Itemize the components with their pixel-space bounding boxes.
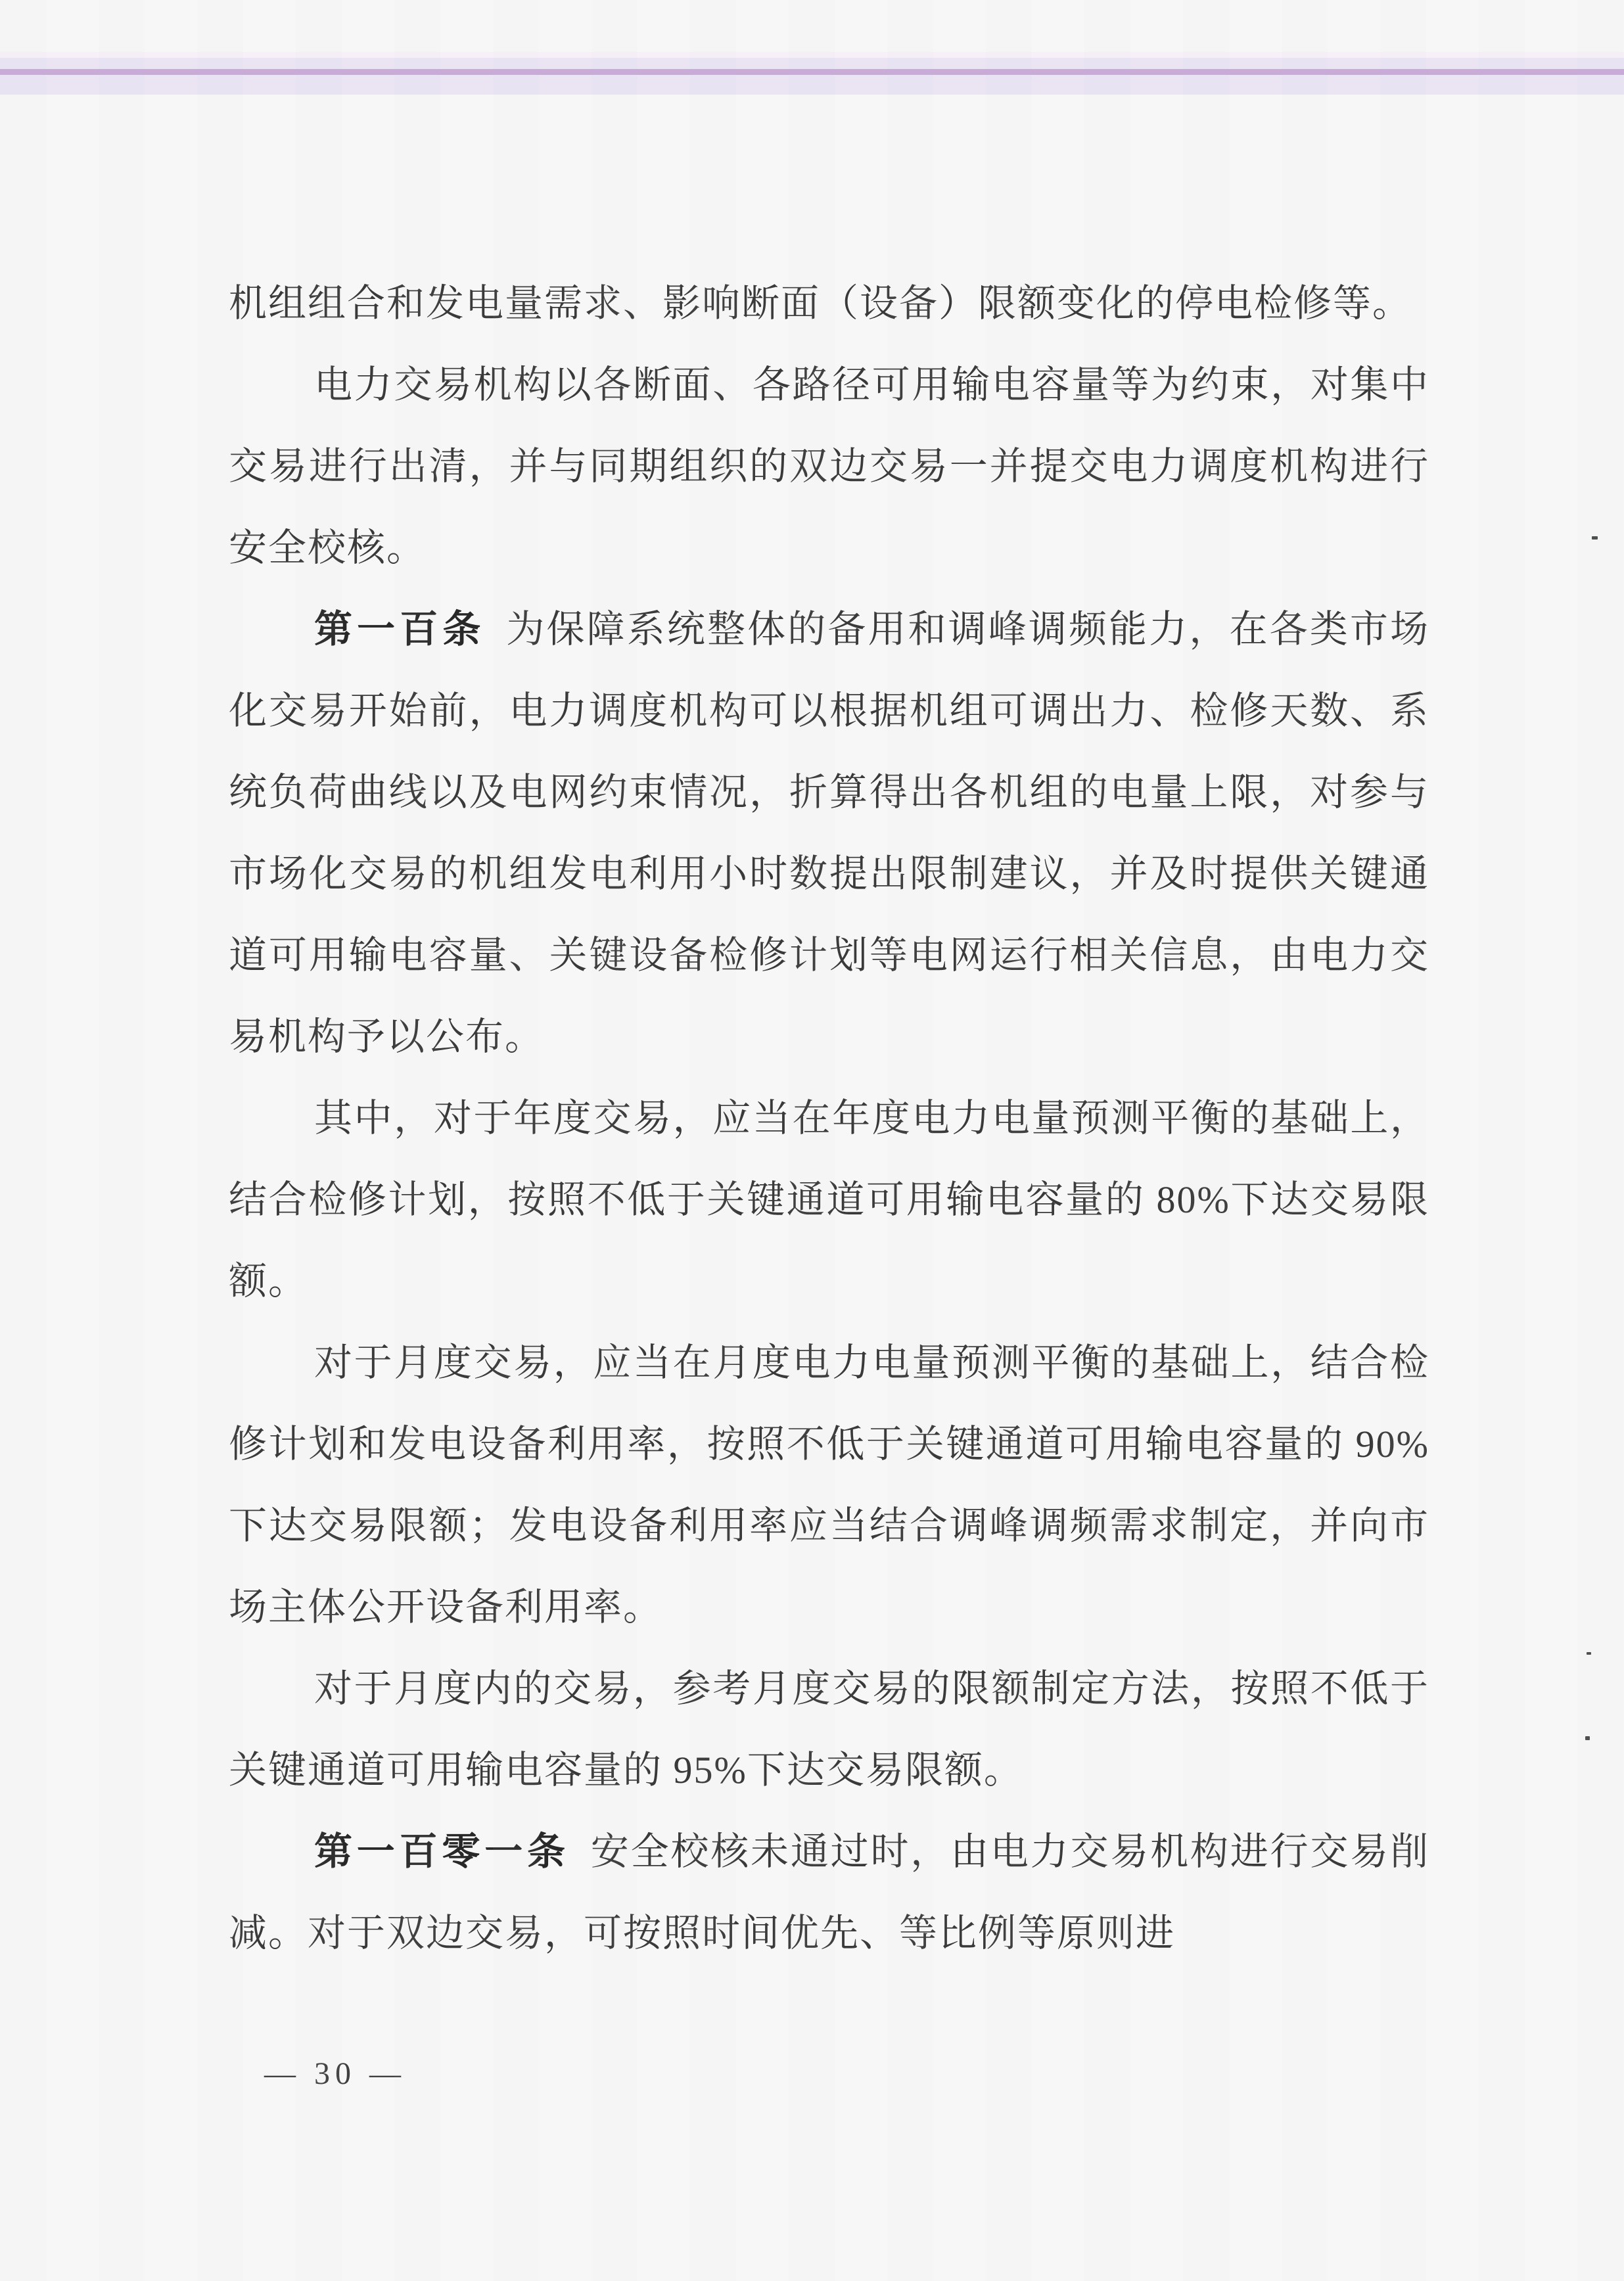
scan-speck bbox=[1585, 1736, 1590, 1740]
page-number: — 30 — bbox=[264, 2054, 406, 2094]
paragraph: 其中，对于年度交易，应当在年度电力电量预测平衡的基础上，结合检修计划，按照不低于… bbox=[229, 1078, 1429, 1322]
scan-top-band-line bbox=[0, 69, 1624, 75]
scan-speck bbox=[1592, 536, 1598, 540]
paragraph-text: 电力交易机构以各断面、各路径可用输电容量等为约束，对集中交易进行出清，并与同期组… bbox=[229, 363, 1429, 569]
paragraph-text: 其中，对于年度交易，应当在年度电力电量预测平衡的基础上，结合检修计划，按照不低于… bbox=[229, 1097, 1429, 1302]
paragraph: 对于月度内的交易，参考月度交易的限额制定方法，按照不低于关键通道可用输电容量的 … bbox=[229, 1648, 1429, 1811]
paragraph-article-101: 第一百零一条安全校核未通过时，由电力交易机构进行交易削减。对于双边交易，可按照时… bbox=[229, 1811, 1429, 1974]
paragraph-article-100: 第一百条为保障系统整体的备用和调峰调频能力，在各类市场化交易开始前，电力调度机构… bbox=[229, 589, 1429, 1078]
scan-top-band bbox=[0, 58, 1624, 95]
article-number-label: 第一百条 bbox=[314, 608, 485, 651]
paragraph: 机组组合和发电量需求、影响断面（设备）限额变化的停电检修等。 bbox=[229, 263, 1429, 344]
document-body: 机组组合和发电量需求、影响断面（设备）限额变化的停电检修等。 电力交易机构以各断… bbox=[229, 263, 1429, 1974]
paragraph: 电力交易机构以各断面、各路径可用输电容量等为约束，对集中交易进行出清，并与同期组… bbox=[229, 344, 1429, 589]
paragraph-text: 机组组合和发电量需求、影响断面（设备）限额变化的停电检修等。 bbox=[229, 282, 1412, 325]
paragraph-text: 为保障系统整体的备用和调峰调频能力，在各类市场化交易开始前，电力调度机构可以根据… bbox=[229, 608, 1429, 1058]
document-page: 机组组合和发电量需求、影响断面（设备）限额变化的停电检修等。 电力交易机构以各断… bbox=[0, 0, 1624, 2281]
scan-speck bbox=[1587, 1652, 1591, 1655]
paragraph-text: 对于月度内的交易，参考月度交易的限额制定方法，按照不低于关键通道可用输电容量的 … bbox=[229, 1667, 1429, 1791]
paragraph-text: 对于月度交易，应当在月度电力电量预测平衡的基础上，结合检修计划和发电设备利用率，… bbox=[229, 1341, 1429, 1628]
paragraph: 对于月度交易，应当在月度电力电量预测平衡的基础上，结合检修计划和发电设备利用率，… bbox=[229, 1322, 1429, 1648]
article-number-label: 第一百零一条 bbox=[314, 1830, 570, 1873]
